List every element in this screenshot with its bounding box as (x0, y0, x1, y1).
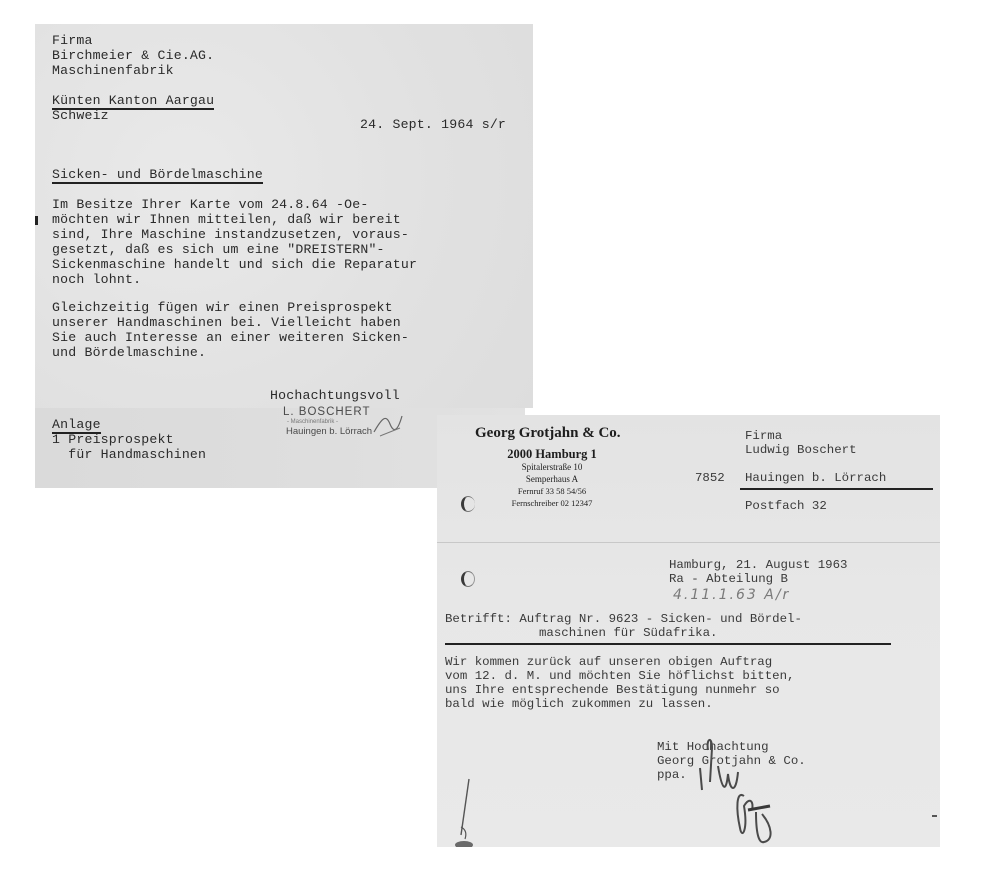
edge-mark (932, 815, 937, 817)
enclosure-line1: 1 Preisprospekt (52, 432, 174, 447)
punch-hole-icon (461, 496, 475, 512)
paragraph-line: unserer Handmaschinen bei. Vielleicht ha… (52, 315, 401, 330)
date-line: Hamburg, 21. August 1963 (669, 559, 847, 573)
paragraph-line: und Bördelmaschine. (52, 345, 206, 360)
paragraph-line: gesetzt, daß es sich um eine "DREISTERN"… (52, 242, 385, 257)
department: Ra - Abteilung B (669, 573, 788, 587)
recipient-country: Schweiz (52, 108, 109, 123)
paragraph-line: Gleichzeitig fügen wir einen Preisprospe… (52, 300, 393, 315)
margin-mark (35, 216, 38, 225)
recipient-city: Hauingen b. Lörrach (745, 472, 886, 486)
body-line: vom 12. d. M. und möchten Sie höflichst … (445, 670, 794, 684)
paragraph-line: möchten wir Ihnen mitteilen, daß wir ber… (52, 212, 401, 227)
letter-grotjahn: Georg Grotjahn & Co. 2000 Hamburg 1 Spit… (437, 415, 940, 847)
closing: Hochachtungsvoll (270, 388, 400, 403)
sender-company: Georg Grotjahn & Co. (435, 425, 665, 442)
punch-hole-icon (461, 571, 475, 587)
recipient-line2: Birchmeier & Cie.AG. (52, 48, 214, 63)
letter-date: 24. Sept. 1964 s/r (360, 117, 506, 132)
recipient-underline (740, 488, 933, 490)
sender-street: Spitalerstraße 10 (482, 462, 622, 472)
subject-wrap: Sicken- und Bördelmaschine (52, 167, 263, 184)
paragraph-line: Im Besitze Ihrer Karte vom 24.8.64 -Oe- (52, 197, 368, 212)
sender-phone: Fernruf 33 58 54/56 (482, 486, 622, 496)
recipient-line2: Ludwig Boschert (745, 444, 857, 458)
signature-icon (692, 730, 792, 848)
paragraph-line: Sie auch Interesse an einer weiteren Sic… (52, 330, 409, 345)
fold-line (437, 542, 940, 543)
sender-building: Semperhaus A (482, 474, 622, 484)
subject-underline (445, 643, 891, 645)
recipient-line1: Firma (52, 33, 93, 48)
sender-city: 2000 Hamburg 1 (482, 447, 622, 462)
recipient-line3: Maschinenfabrik (52, 63, 174, 78)
stamp-signature-icon (370, 410, 406, 440)
subject-line1: Betrifft: Auftrag Nr. 9623 - Sicken- und… (445, 613, 802, 627)
paragraph-line: sind, Ihre Maschine instandzusetzen, vor… (52, 227, 409, 242)
pen-mark-icon (455, 775, 485, 847)
closing-line3: ppa. (657, 769, 687, 783)
recipient-line1: Firma (745, 430, 782, 444)
body-line: uns Ihre entsprechende Bestätigung nunme… (445, 684, 780, 698)
subject-line2: maschinen für Südafrika. (539, 627, 717, 641)
subject: Sicken- und Bördelmaschine (52, 168, 263, 184)
recipient-pobox: Postfach 32 (745, 500, 827, 514)
sender-telex: Fernschreiber 02 12347 (482, 498, 622, 508)
paragraph-line: Sickenmaschine handelt und sich die Repa… (52, 257, 417, 272)
enclosure-line2: für Handmaschinen (52, 447, 206, 462)
body-line: Wir kommen zurück auf unseren obigen Auf… (445, 656, 772, 670)
handwritten-note: 4.11.1.63 A/r (673, 587, 790, 603)
letter-birchmeier: Firma Birchmeier & Cie.AG. Maschinenfabr… (35, 24, 533, 408)
body-line: bald wie möglich zukommen zu lassen. (445, 698, 713, 712)
paragraph-line: noch lohnt. (52, 272, 141, 287)
recipient-postcode: 7852 (695, 472, 725, 486)
